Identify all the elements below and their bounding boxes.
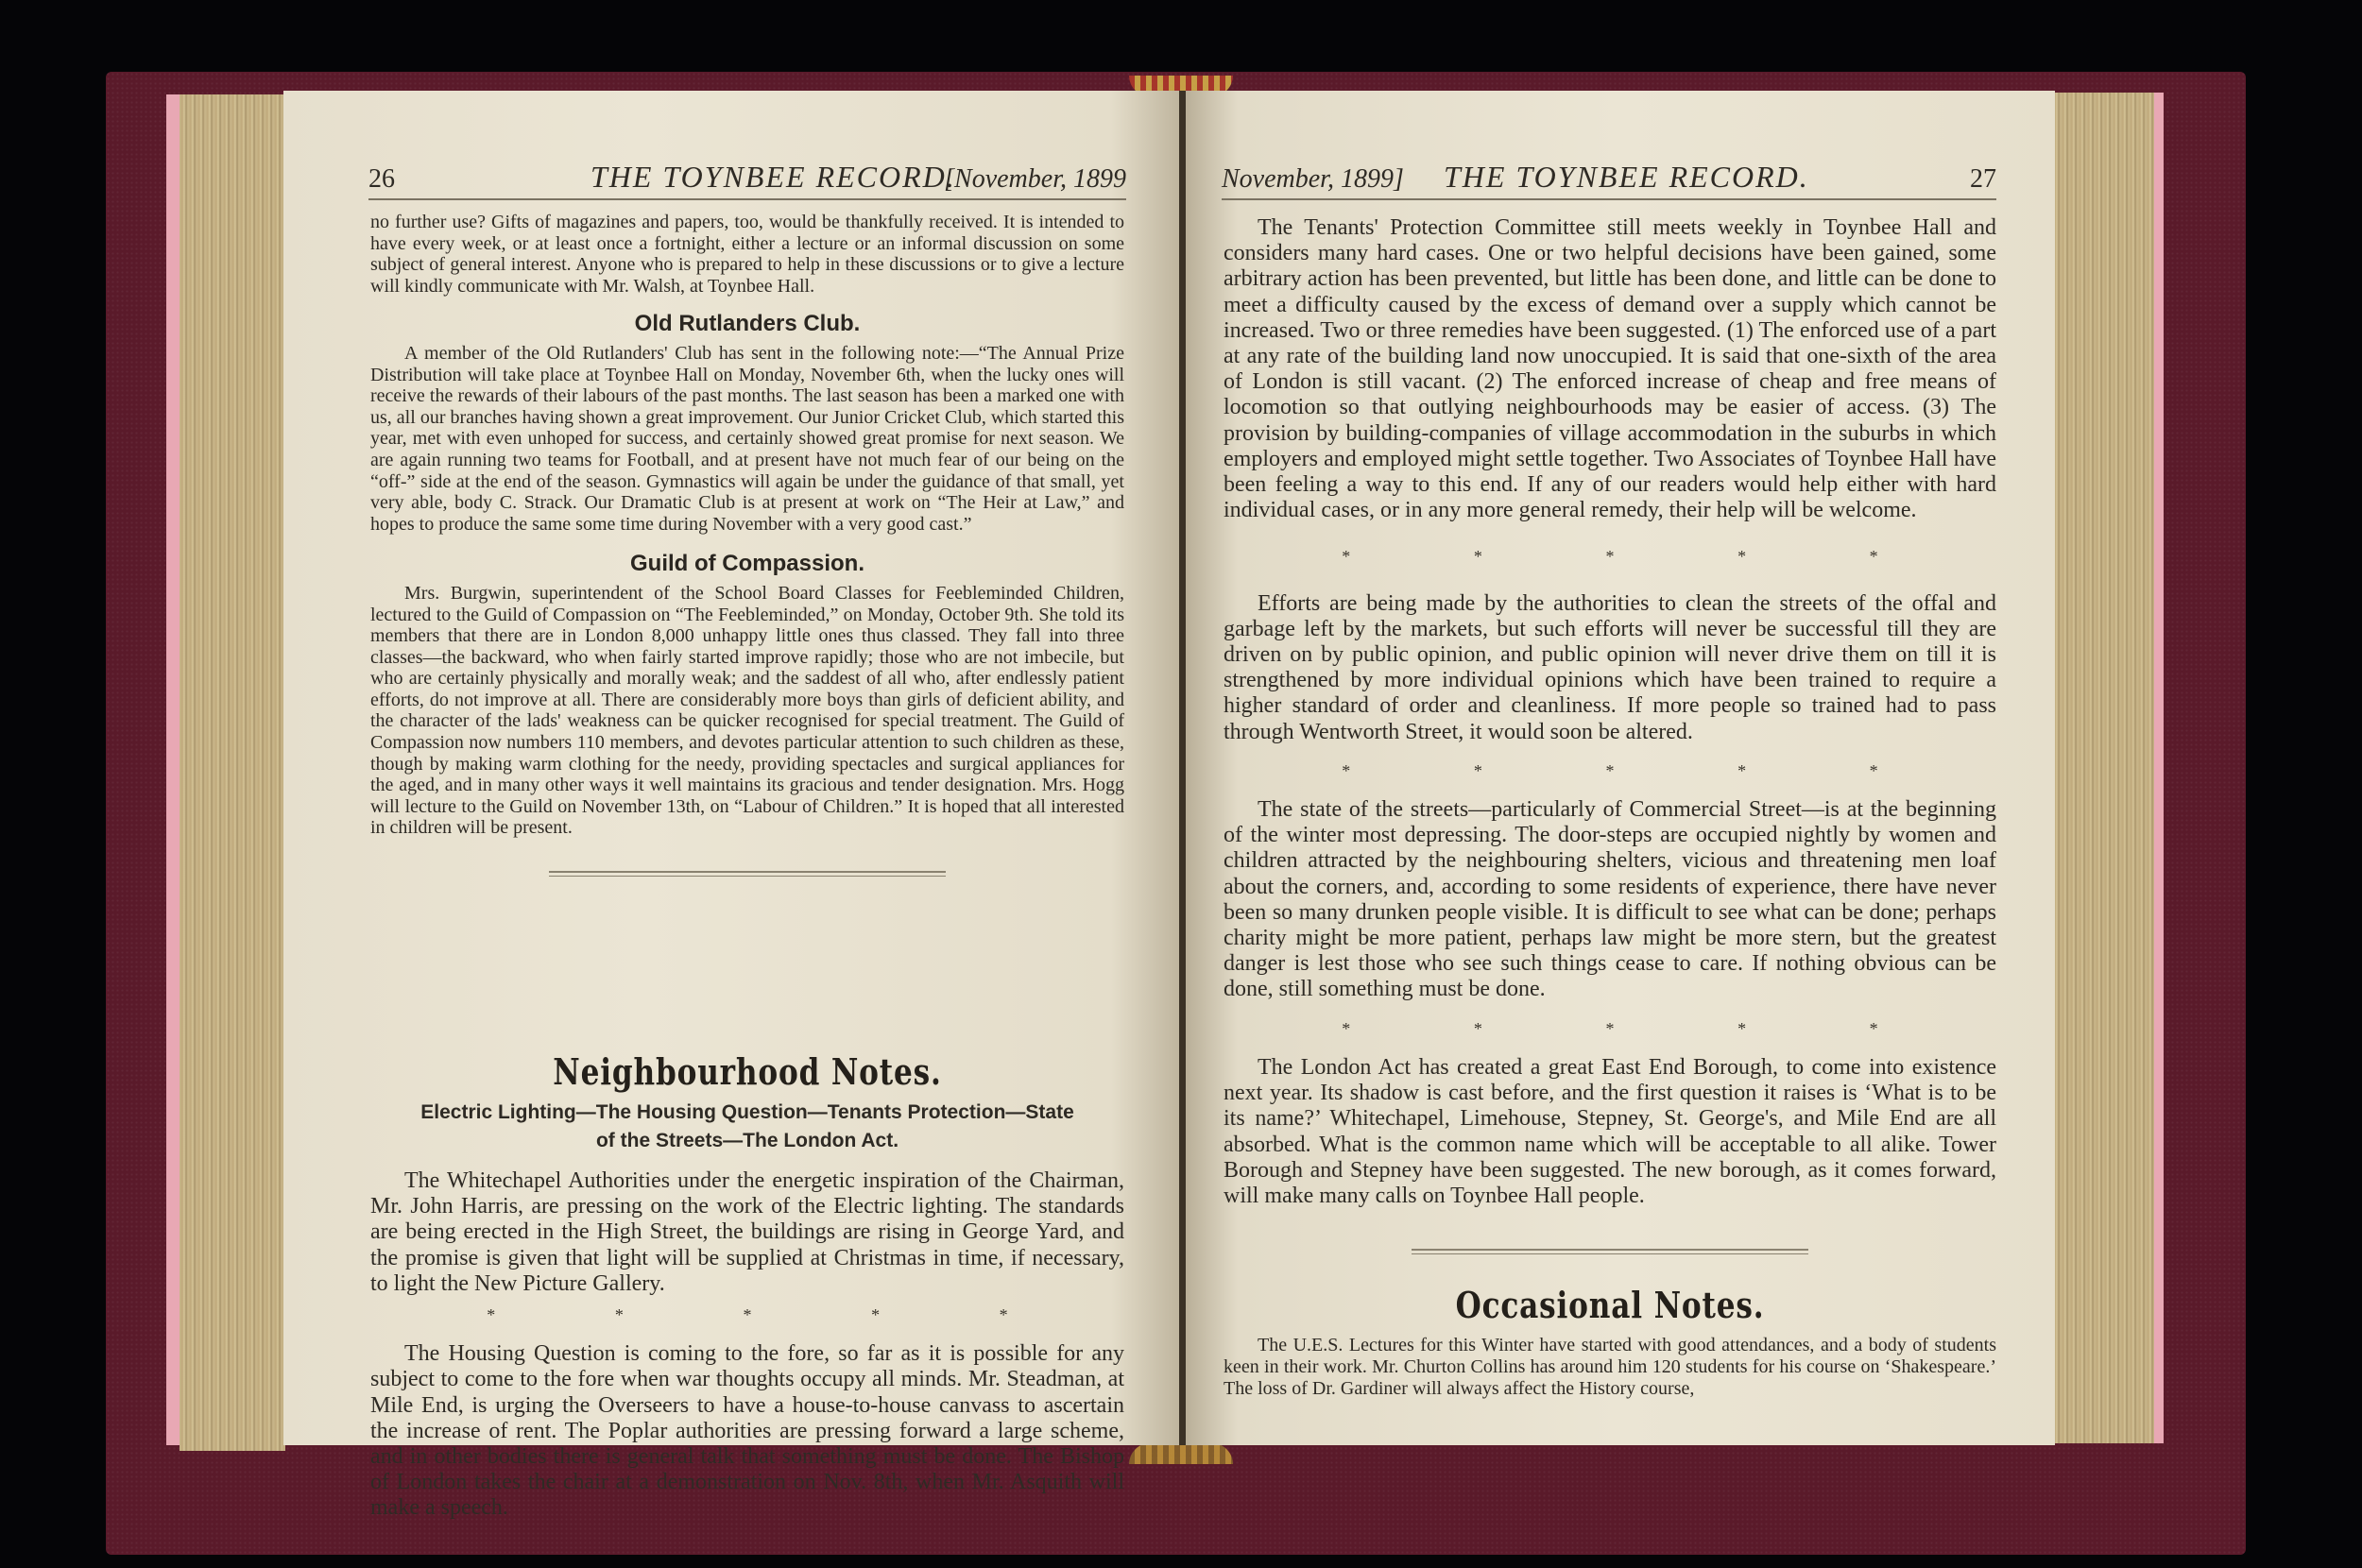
star: * xyxy=(1342,1016,1350,1042)
issue-date: November, 1899] xyxy=(1222,164,1404,195)
separator-stars: * * * * * xyxy=(1224,1016,1996,1042)
neighbourhood-subtitle: Electric Lighting—The Housing Question—T… xyxy=(370,1099,1124,1155)
section-title: Old Rutlanders Club. xyxy=(370,314,1124,335)
page-number: 26 xyxy=(368,164,395,195)
star: * xyxy=(1605,758,1614,784)
star: * xyxy=(1605,1016,1614,1042)
issue-date: [November, 1899 xyxy=(944,164,1126,195)
neighbourhood-paragraph: The Whitechapel Authorities under the en… xyxy=(370,1168,1124,1297)
separator-stars: * * * * * xyxy=(370,1303,1124,1328)
star: * xyxy=(743,1303,751,1328)
article-paragraph: Efforts are being made by the authoritie… xyxy=(1224,591,1996,745)
star: * xyxy=(1474,544,1482,570)
star: * xyxy=(1870,758,1878,784)
running-title: THE TOYNBEE RECORD. xyxy=(1444,160,1809,195)
star: * xyxy=(1342,544,1350,570)
issue-date-text: [November, 1899 xyxy=(944,164,1126,194)
intro-paragraph: no further use? Gifts of magazines and p… xyxy=(370,212,1124,297)
section-title: Guild of Compassion. xyxy=(370,554,1124,575)
subtitle-line: of the Streets—The London Act. xyxy=(370,1127,1124,1155)
left-page: 26 THE TOYNBEE RECORD. [November, 1899 n… xyxy=(283,91,1183,1445)
star: * xyxy=(1870,1016,1878,1042)
left-text-column: no further use? Gifts of magazines and p… xyxy=(370,212,1124,909)
section-body: A member of the Old Rutlanders' Club has… xyxy=(370,343,1124,535)
running-head-left: 26 THE TOYNBEE RECORD. [November, 1899 xyxy=(368,157,1126,200)
star: * xyxy=(1474,758,1482,784)
neighbourhood-notes: Neighbourhood Notes. Electric Lighting—T… xyxy=(370,1050,1124,1522)
right-text-column: The Tenants' Protection Committee still … xyxy=(1224,215,1996,1399)
star: * xyxy=(1737,758,1746,784)
running-head-right: November, 1899] THE TOYNBEE RECORD. 27 xyxy=(1222,157,1996,200)
star: * xyxy=(1737,1016,1746,1042)
star: * xyxy=(1605,544,1614,570)
left-fore-edge xyxy=(180,94,285,1451)
article-paragraph: The Tenants' Protection Committee still … xyxy=(1224,215,1996,523)
page-number: 27 xyxy=(1970,164,1996,195)
running-title: THE TOYNBEE RECORD. xyxy=(590,160,956,195)
star: * xyxy=(487,1303,495,1328)
occasional-notes-body: The U.E.S. Lectures for this Winter have… xyxy=(1224,1335,1996,1399)
separator-stars: * * * * * xyxy=(1224,758,1996,784)
section-body: Mrs. Burgwin, superintendent of the Scho… xyxy=(370,583,1124,839)
neighbourhood-paragraph: The Housing Question is coming to the fo… xyxy=(370,1341,1124,1521)
headband-bottom xyxy=(1129,1443,1233,1464)
star: * xyxy=(615,1303,624,1328)
subtitle-line: Electric Lighting—The Housing Question—T… xyxy=(370,1099,1124,1127)
right-fore-edge xyxy=(2052,93,2154,1443)
occasional-notes-title: Occasional Notes. xyxy=(1293,1292,1927,1318)
star: * xyxy=(1474,1016,1482,1042)
article-paragraph: The London Act has created a great East … xyxy=(1224,1055,1996,1209)
star: * xyxy=(1737,544,1746,570)
separator-stars: * * * * * xyxy=(1224,544,1996,570)
left-page-edge-pink xyxy=(166,94,180,1445)
issue-date-text: November, 1899] xyxy=(1222,164,1404,194)
star: * xyxy=(871,1303,880,1328)
star: * xyxy=(1342,758,1350,784)
article-paragraph: The state of the streets—particularly of… xyxy=(1224,797,1996,1003)
neighbourhood-notes-title: Neighbourhood Notes. xyxy=(438,1050,1056,1093)
star: * xyxy=(1870,544,1878,570)
right-page: November, 1899] THE TOYNBEE RECORD. 27 T… xyxy=(1186,91,2055,1445)
star: * xyxy=(1000,1303,1008,1328)
